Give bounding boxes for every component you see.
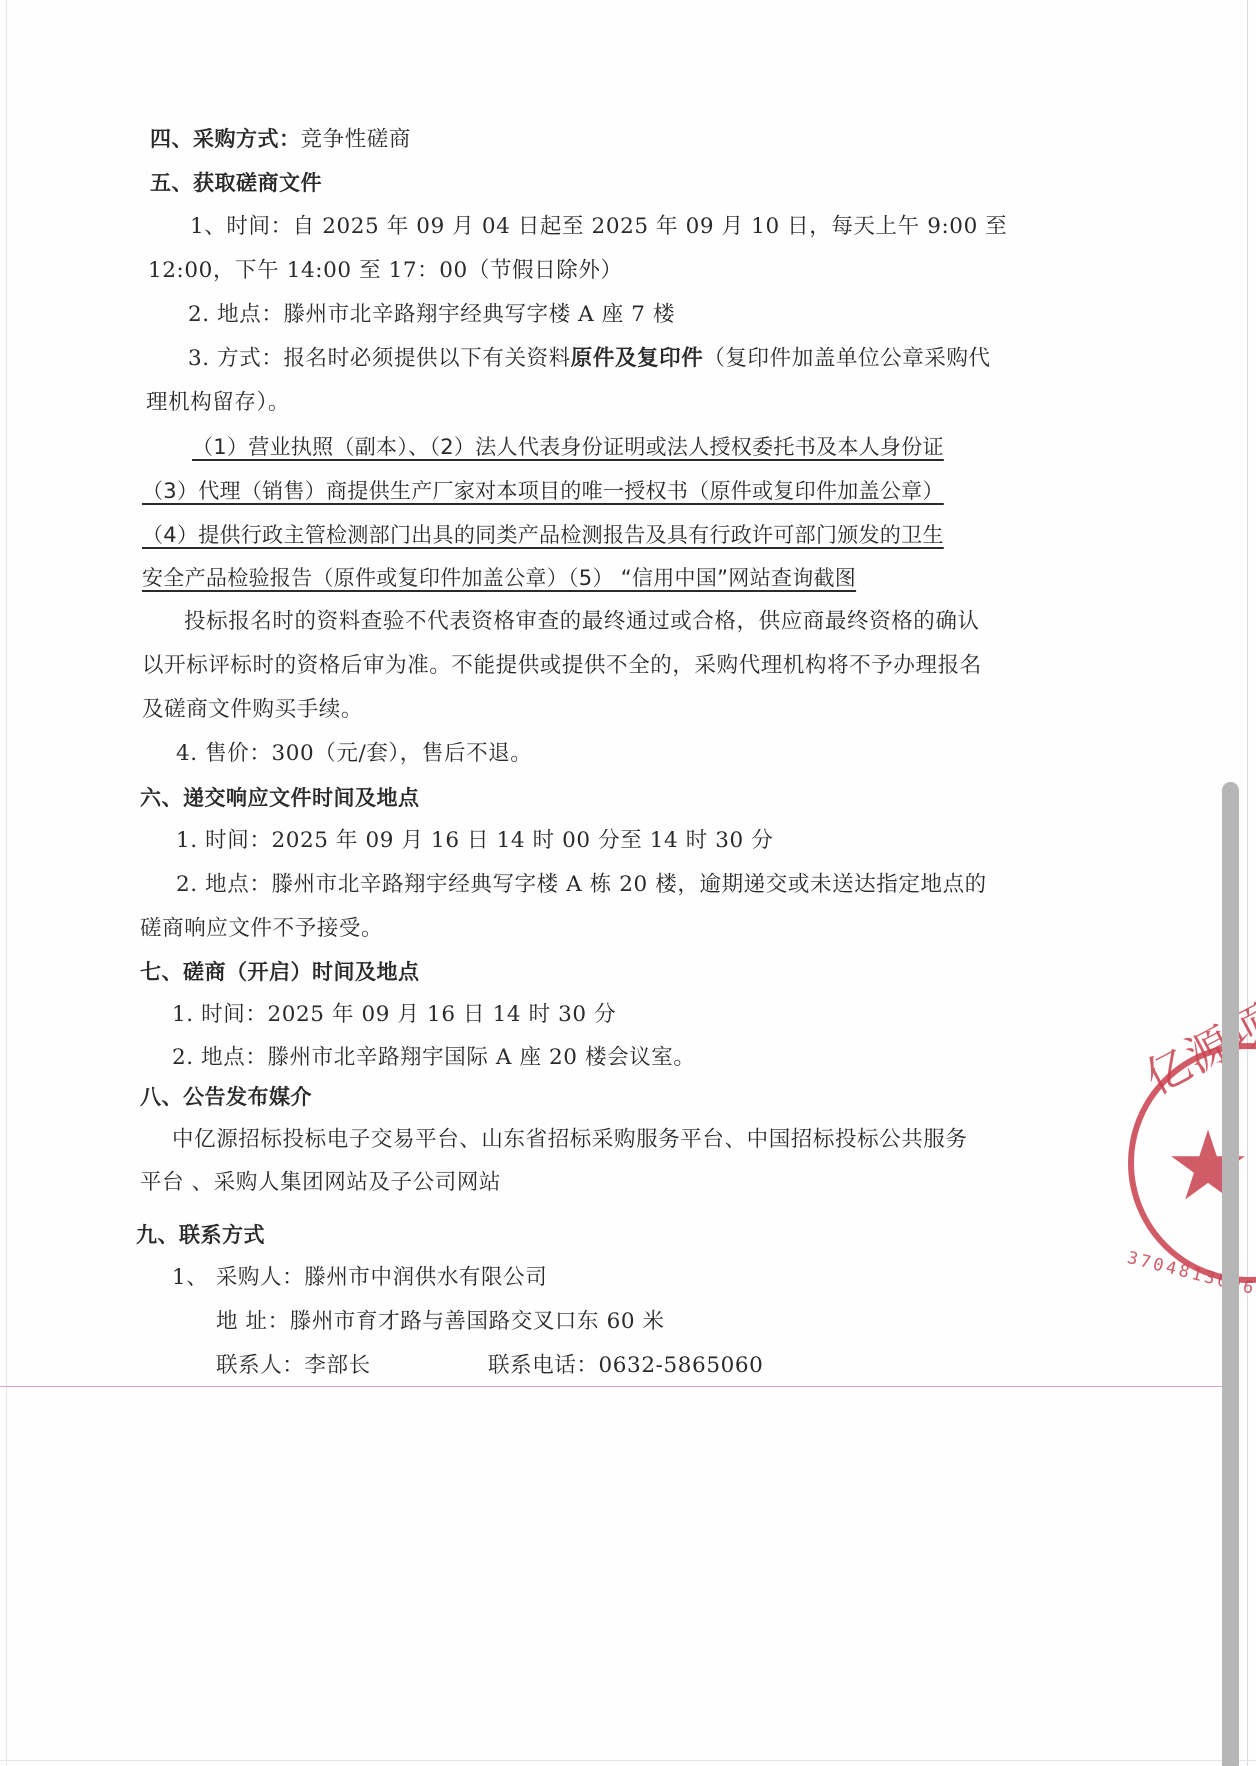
section-9-phone: 联系电话：0632-5865060	[488, 1351, 763, 1381]
section-4-label: 四、采购方式：	[150, 127, 301, 151]
section-5-time-line1: 1、时间：自 2025 年 09 月 04 日起至 2025 年 09 月 10…	[190, 212, 1007, 242]
section-5-method-line2: 理机构留存）。	[146, 388, 290, 418]
section-6-title: 六、递交响应文件时间及地点	[140, 783, 420, 813]
section-8-title: 八、公告发布媒介	[140, 1082, 312, 1112]
page-divider-line	[0, 1386, 1222, 1387]
section-6-location-line2: 磋商响应文件不予接受。	[140, 914, 383, 944]
section-8-line1: 中亿源招标投标电子交易平台、山东省招标采购服务平台、中国招标投标公共服务	[172, 1125, 968, 1155]
requirement-line-2: （3）代理（销售）商提供生产厂家对本项目的唯一授权书（原件或复印件加盖公章）	[142, 476, 944, 506]
section-9-address: 地 址：滕州市育才路与善国路交叉口东 60 米	[216, 1307, 665, 1337]
section-5-title: 五、获取磋商文件	[150, 168, 322, 198]
note-line-3: 及磋商文件购买手续。	[142, 695, 363, 725]
section-5-method: 3. 方式：报名时必须提供以下有关资料原件及复印件（复印件加盖单位公章采购代	[188, 344, 991, 374]
page-edge-bottom	[0, 1760, 1256, 1761]
section-6-time: 1. 时间：2025 年 09 月 16 日 14 时 00 分至 14 时 3…	[176, 826, 773, 856]
method-bold: 原件及复印件	[571, 346, 704, 371]
vertical-scrollbar-thumb[interactable]	[1222, 782, 1239, 1766]
section-4-value: 竞争性磋商	[301, 127, 412, 152]
section-7-location: 2. 地点：滕州市北辛路翔宇国际 A 座 20 楼会议室。	[172, 1043, 695, 1073]
section-9-contact: 联系人：李部长	[216, 1351, 371, 1381]
section-4-procurement-method: 四、采购方式：竞争性磋商	[150, 124, 411, 155]
page-edge-right	[1247, 0, 1248, 1766]
section-7-time: 1. 时间：2025 年 09 月 16 日 14 时 30 分	[172, 1000, 616, 1030]
section-5-time-line2: 12:00，下午 14:00 至 17：00（节假日除外）	[148, 256, 623, 286]
requirement-line-3: （4）提供行政主管检测部门出具的同类产品检测报告及具有行政许可部门颁发的卫生	[142, 520, 944, 550]
note-line-2: 以开标评标时的资格后审为准。不能提供或提供不全的，采购代理机构将不予办理报名	[142, 651, 982, 681]
method-prefix: 3. 方式：报名时必须提供以下有关资料	[188, 346, 571, 371]
section-9-purchaser: 1、 采购人：滕州市中润供水有限公司	[172, 1263, 547, 1293]
section-8-line2: 平台 、采购人集团网站及子公司网站	[140, 1168, 501, 1198]
section-9-title: 九、联系方式	[136, 1220, 265, 1250]
requirement-line-4: 安全产品检验报告（原件或复印件加盖公章）（5） “信用中国”网站查询截图	[142, 563, 856, 593]
section-7-title: 七、磋商（开启）时间及地点	[140, 957, 420, 987]
section-5-price: 4. 售价：300（元/套），售后不退。	[176, 739, 532, 769]
requirement-line-1: （1）营业执照（副本）、（2）法人代表身份证明或法人授权委托书及本人身份证	[192, 432, 944, 462]
section-5-location: 2. 地点：滕州市北辛路翔宇经典写字楼 A 座 7 楼	[188, 300, 675, 330]
section-6-location-line1: 2. 地点：滕州市北辛路翔宇经典写字楼 A 栋 20 楼，逾期递交或未送达指定地…	[176, 870, 987, 900]
note-line-1: 投标报名时的资料查验不代表资格审查的最终通过或合格，供应商最终资格的确认	[184, 607, 980, 637]
page-edge-left	[6, 0, 7, 1766]
method-suffix: （复印件加盖单位公章采购代	[703, 346, 990, 371]
